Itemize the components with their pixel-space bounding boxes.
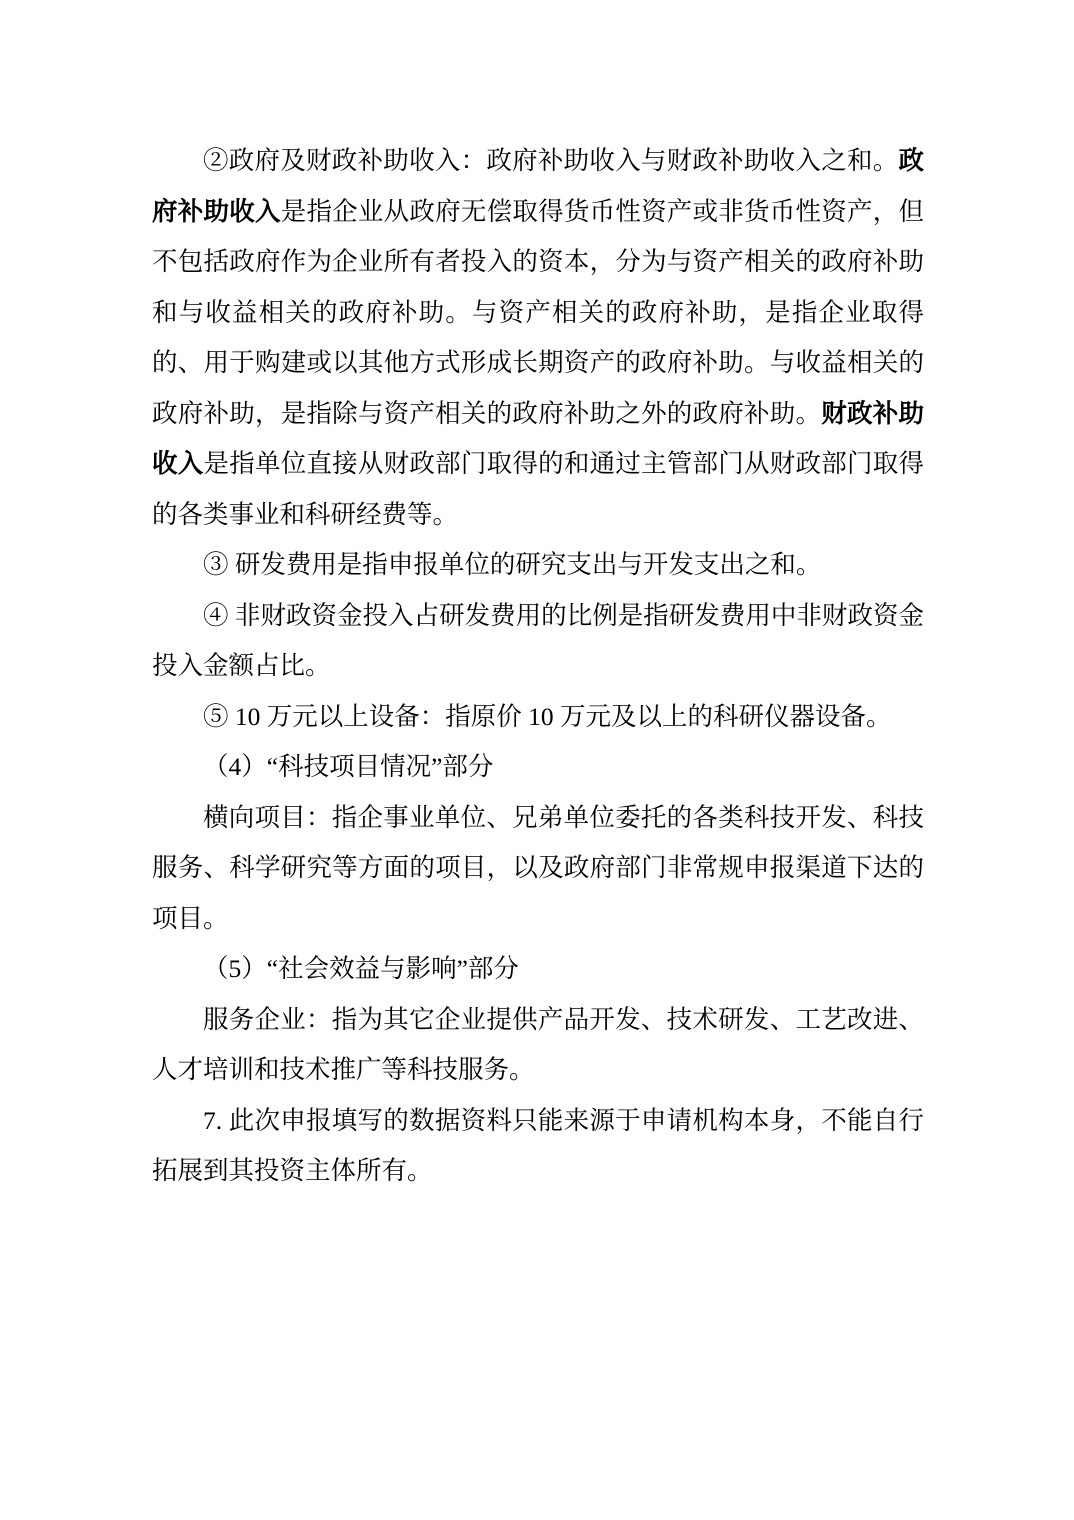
text-run: 7. 此次申报填写的数据资料只能来源于申请机构本身，不能自行拓展到其投资主体所有… <box>152 1106 924 1186</box>
paragraph-8: 服务企业：指为其它企业提供产品开发、技术研发、工艺改进、人才培训和技术推广等科技… <box>152 995 924 1096</box>
paragraph-2: ③ 研发费用是指申报单位的研究支出与开发支出之和。 <box>152 540 924 591</box>
paragraph-7: （5）“社会效益与影响”部分 <box>152 944 924 995</box>
text-run: 是指单位直接从财政部门取得的和通过主管部门从财政部门取得的各类事业和科研经费等。 <box>152 449 924 529</box>
paragraph-4: ⑤ 10 万元以上设备：指原价 10 万元及以上的科研仪器设备。 <box>152 692 924 743</box>
text-run: 服务企业：指为其它企业提供产品开发、技术研发、工艺改进、人才培训和技术推广等科技… <box>152 1005 924 1085</box>
text-run: ⑤ 10 万元以上设备：指原价 10 万元及以上的科研仪器设备。 <box>203 702 892 731</box>
text-run: （5）“社会效益与影响”部分 <box>203 954 519 983</box>
text-run: 横向项目：指企事业单位、兄弟单位委托的各类科技开发、科技服务、科学研究等方面的项… <box>152 803 924 933</box>
paragraph-3: ④ 非财政资金投入占研发费用的比例是指研发费用中非财政资金投入金额占比。 <box>152 591 924 692</box>
paragraph-1: ②政府及财政补助收入：政府补助收入与财政补助收入之和。政府补助收入是指企业从政府… <box>152 136 924 540</box>
paragraph-5: （4）“科技项目情况”部分 <box>152 742 924 793</box>
document-page: ②政府及财政补助收入：政府补助收入与财政补助收入之和。政府补助收入是指企业从政府… <box>0 0 1074 1520</box>
paragraph-9: 7. 此次申报填写的数据资料只能来源于申请机构本身，不能自行拓展到其投资主体所有… <box>152 1096 924 1197</box>
text-run: ④ 非财政资金投入占研发费用的比例是指研发费用中非财政资金投入金额占比。 <box>152 601 924 681</box>
text-run: ②政府及财政补助收入：政府补助收入与财政补助收入之和。 <box>203 146 898 175</box>
text-run: 是指企业从政府无偿取得货币性资产或非货币性资产，但不包括政府作为企业所有者投入的… <box>152 197 924 428</box>
text-run: （4）“科技项目情况”部分 <box>203 752 493 781</box>
paragraph-6: 横向项目：指企事业单位、兄弟单位委托的各类科技开发、科技服务、科学研究等方面的项… <box>152 793 924 945</box>
text-run: ③ 研发费用是指申报单位的研究支出与开发支出之和。 <box>203 550 821 579</box>
